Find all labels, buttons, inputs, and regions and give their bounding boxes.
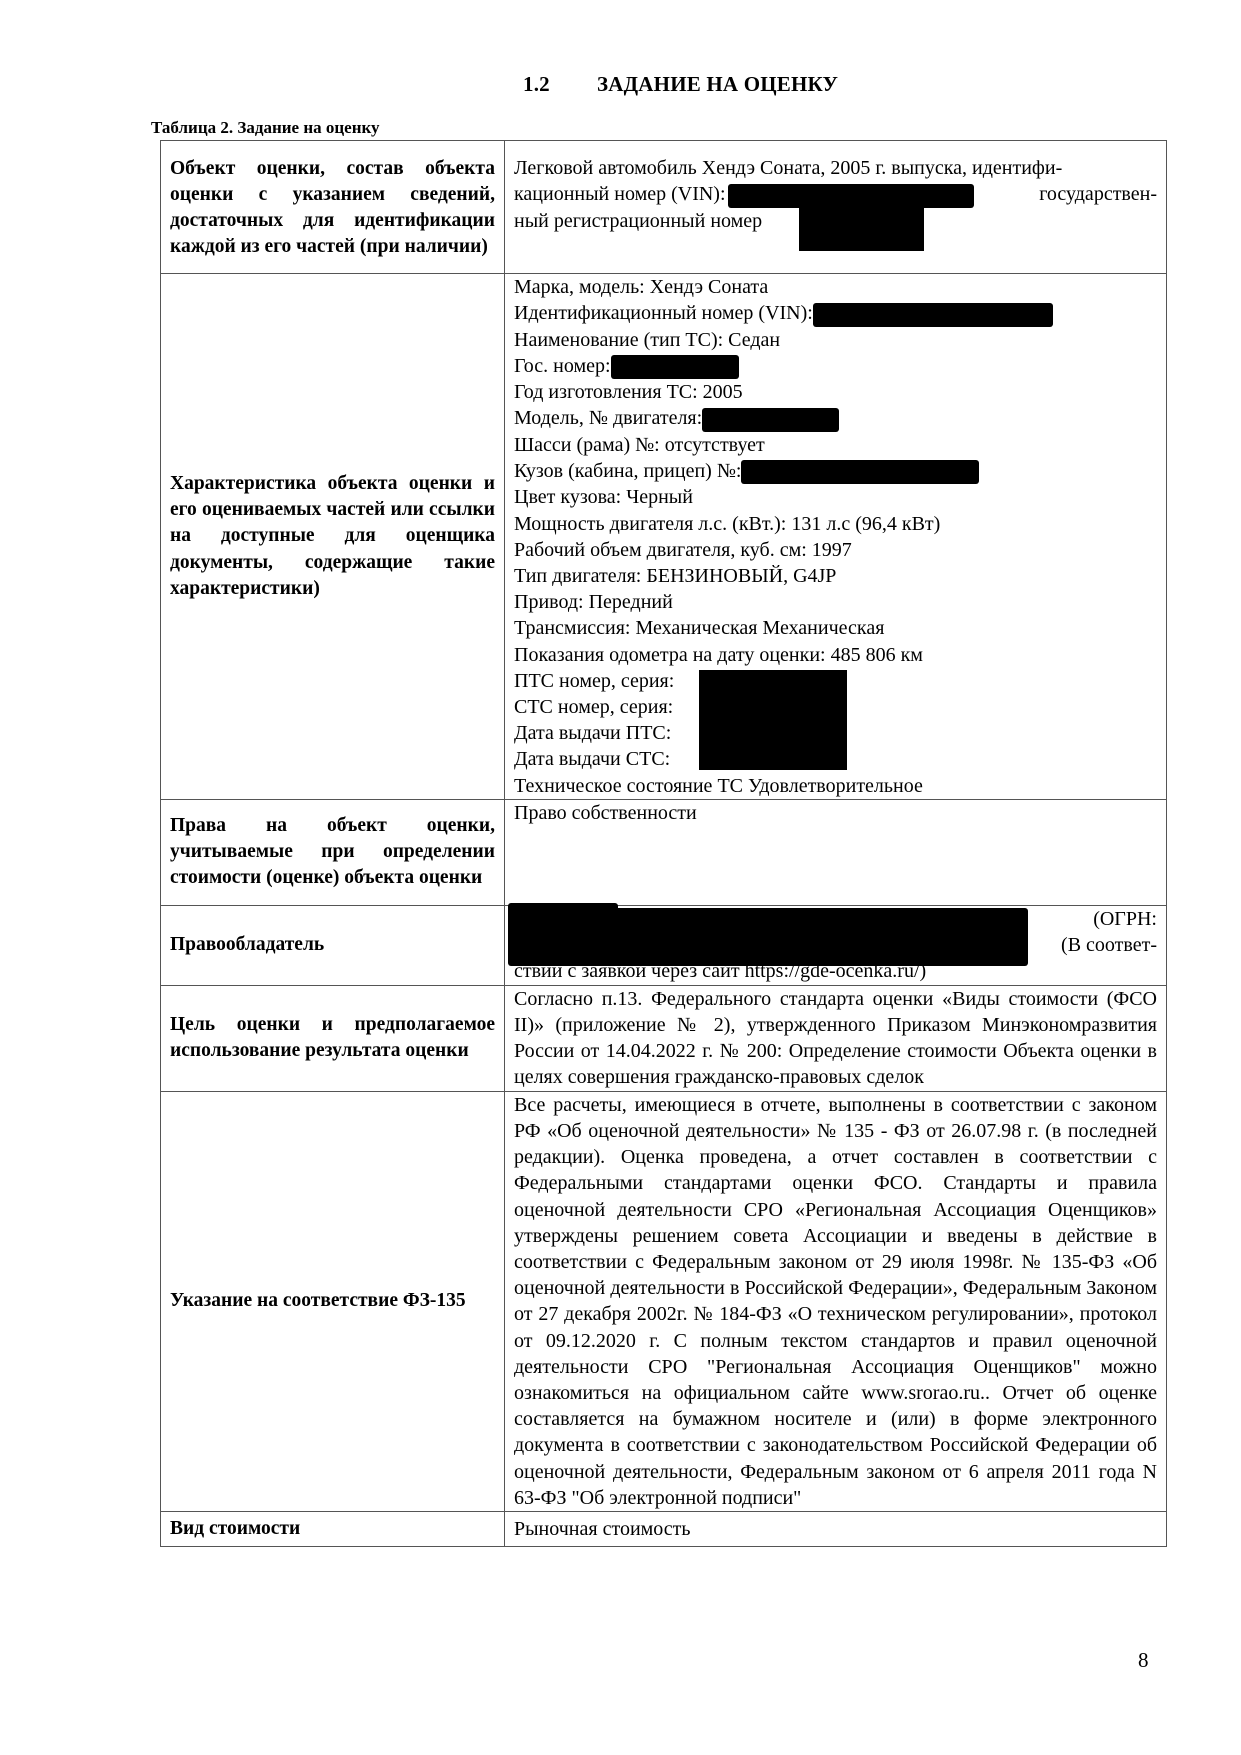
owner-accord-label: (В соответ-: [1061, 932, 1157, 958]
row-label-value-type: Вид стоимости: [161, 1511, 505, 1546]
reg-number-label: ный регистрационный номер: [514, 210, 762, 232]
characteristic-text: Гос. номер:: [514, 355, 611, 377]
characteristic-text: Техническое состояние ТС Удовлетворитель…: [514, 775, 923, 797]
row-label-object: Объект оценки, состав объекта оценки с у…: [161, 141, 505, 274]
characteristic-line: СТС номер, серия:: [514, 694, 1157, 720]
row-value-purpose: Согласно п.13. Федерального стандарта оц…: [505, 985, 1167, 1091]
characteristic-line: Гос. номер:: [514, 353, 1157, 379]
characteristic-line: Дата выдачи СТС:: [514, 746, 1157, 772]
table-row: Правообладатель (ОГРН: (В соответ- ствии…: [161, 905, 1167, 985]
characteristic-line: Шасси (рама) №: отсутствует: [514, 432, 1157, 458]
redacted-field: [741, 460, 979, 484]
characteristic-text: Наименование (тип ТС): Седан: [514, 329, 780, 351]
characteristic-text: Показания одометра на дату оценки: 485 8…: [514, 644, 923, 666]
characteristic-text: Идентификационный номер (VIN):: [514, 302, 813, 324]
characteristic-line: Наименование (тип ТС): Седан: [514, 327, 1157, 353]
row-value-value-type: Рыночная стоимость: [505, 1511, 1167, 1546]
characteristic-line: Показания одометра на дату оценки: 485 8…: [514, 642, 1157, 668]
characteristic-line: Год изготовления ТС: 2005: [514, 379, 1157, 405]
characteristic-text: Дата выдачи ПТС:: [514, 722, 671, 744]
characteristic-text: Мощность двигателя л.с. (кВт.): 131 л.с …: [514, 513, 940, 535]
table-row: Указание на соответствие ФЗ-135 Все расч…: [161, 1091, 1167, 1511]
characteristic-line: Дата выдачи ПТС:: [514, 720, 1157, 746]
state-reg-label: государствен-: [1039, 181, 1157, 207]
characteristic-text: Дата выдачи СТС:: [514, 748, 670, 770]
section-title: 1.2ЗАДАНИЕ НА ОЦЕНКУ: [523, 72, 838, 97]
characteristic-text: СТС номер, серия:: [514, 696, 673, 718]
characteristic-line: Трансмиссия: Механическая Механическая: [514, 615, 1157, 641]
characteristic-text: Трансмиссия: Механическая Механическая: [514, 617, 884, 639]
characteristic-text: Кузов (кабина, прицеп) №:: [514, 460, 741, 482]
row-label-characteristics: Характеристика объекта оценки и его оцен…: [161, 274, 505, 800]
redacted-field: [611, 355, 739, 379]
characteristic-text: ПТС номер, серия:: [514, 670, 674, 692]
characteristic-text: Рабочий объем двигателя, куб. см: 1997: [514, 539, 852, 561]
characteristic-text: Тип двигателя: БЕНЗИНОВЫЙ, G4JP: [514, 565, 836, 587]
characteristic-line: Рабочий объем двигателя, куб. см: 1997: [514, 537, 1157, 563]
table-row: Вид стоимости Рыночная стоимость: [161, 1511, 1167, 1546]
row-value-fz135: Все расчеты, имеющиеся в отчете, выполне…: [505, 1091, 1167, 1511]
characteristic-text: Модель, № двигателя:: [514, 407, 702, 429]
characteristic-text: Марка, модель: Хендэ Соната: [514, 276, 768, 298]
redacted-reg-number: [799, 203, 924, 251]
characteristic-line: Идентификационный номер (VIN):: [514, 300, 1157, 326]
redacted-field: [813, 303, 1053, 327]
characteristic-text: Привод: Передний: [514, 591, 673, 613]
table-row: Объект оценки, состав объекта оценки с у…: [161, 141, 1167, 274]
assessment-task-table: Объект оценки, состав объекта оценки с у…: [160, 140, 1167, 1547]
table-row: Характеристика объекта оценки и его оцен…: [161, 274, 1167, 800]
characteristic-line: Марка, модель: Хендэ Соната: [514, 274, 1157, 300]
owner-block: (ОГРН: (В соответ- ствии с заявкой через…: [514, 906, 1157, 984]
redacted-owner-tab: [508, 903, 618, 913]
characteristic-line: Тип двигателя: БЕНЗИНОВЫЙ, G4JP: [514, 563, 1157, 589]
page-number: 8: [1138, 1648, 1149, 1673]
characteristic-text: Год изготовления ТС: 2005: [514, 381, 743, 403]
characteristic-line: Техническое состояние ТС Удовлетворитель…: [514, 773, 1157, 799]
row-label-owner: Правообладатель: [161, 905, 505, 985]
row-value-object: Легковой автомобиль Хендэ Соната, 2005 г…: [505, 141, 1167, 274]
vin-label: кационный номер (VIN):: [514, 183, 726, 205]
section-number: 1.2: [523, 72, 597, 97]
characteristic-text: Цвет кузова: Черный: [514, 486, 693, 508]
row-value-owner: (ОГРН: (В соответ- ствии с заявкой через…: [505, 905, 1167, 985]
object-line-1: Легковой автомобиль Хендэ Соната, 2005 г…: [514, 155, 1157, 181]
characteristic-line: Цвет кузова: Черный: [514, 484, 1157, 510]
row-label-purpose: Цель оценки и предполагаемое использован…: [161, 985, 505, 1091]
row-label-fz135: Указание на соответствие ФЗ-135: [161, 1091, 505, 1511]
table-caption: Таблица 2. Задание на оценку: [151, 118, 380, 138]
owner-tail-text: ствии с заявкой через сайт https://gde-o…: [514, 958, 926, 984]
characteristic-line: Мощность двигателя л.с. (кВт.): 131 л.с …: [514, 511, 1157, 537]
row-value-characteristics: Марка, модель: Хендэ СонатаИдентификацио…: [505, 274, 1167, 800]
characteristic-line: ПТС номер, серия:: [514, 668, 1157, 694]
table-row: Права на объект оценки, учитываемые при …: [161, 799, 1167, 905]
row-value-rights: Право собственности: [505, 799, 1167, 905]
characteristic-line: Кузов (кабина, прицеп) №:: [514, 458, 1157, 484]
characteristic-line: Модель, № двигателя:: [514, 405, 1157, 431]
row-label-rights: Права на объект оценки, учитываемые при …: [161, 799, 505, 905]
characteristic-line: Привод: Передний: [514, 589, 1157, 615]
section-heading: ЗАДАНИЕ НА ОЦЕНКУ: [597, 72, 838, 96]
characteristic-text: Шасси (рама) №: отсутствует: [514, 434, 765, 456]
redacted-field: [702, 408, 839, 432]
object-line-3: ный регистрационный номер: [514, 208, 1157, 234]
owner-ogrn-label: (ОГРН:: [1093, 906, 1157, 932]
table-row: Цель оценки и предполагаемое использован…: [161, 985, 1167, 1091]
